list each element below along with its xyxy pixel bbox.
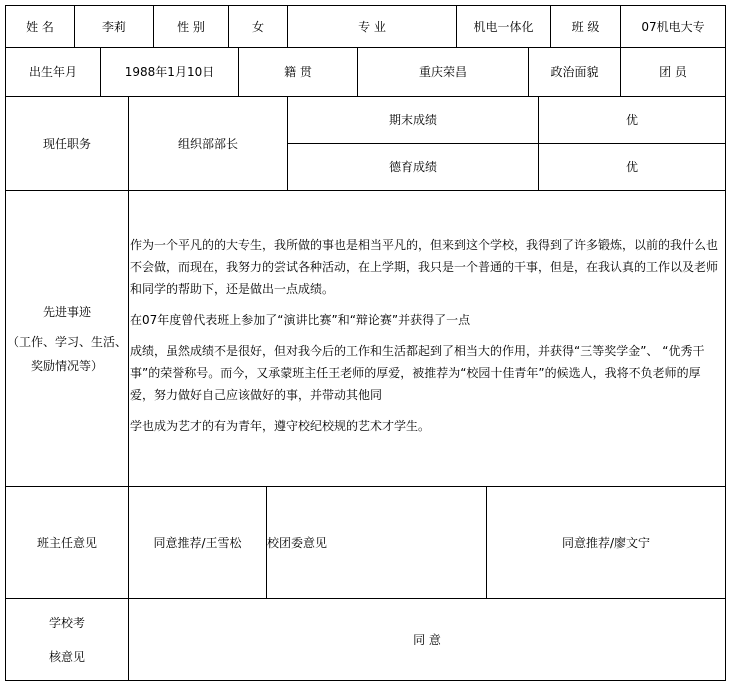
col-divider <box>128 190 129 486</box>
final-grade-value: 优 <box>539 97 725 143</box>
school-review-label-line2: 核意见 <box>49 649 85 665</box>
position-value: 组织部部长 <box>129 97 287 190</box>
table-border-bottom <box>5 680 726 681</box>
deeds-label: 先进事迹 （工作、学习、生活、 奖励情况等） <box>6 191 128 486</box>
league-committee-opinion-value: 同意推荐/廖文宁 <box>487 487 725 598</box>
school-review-label: 学校考 核意见 <box>6 599 128 680</box>
class-label: 班 级 <box>551 6 620 47</box>
final-grade-label: 期末成绩 <box>288 97 538 143</box>
school-review-label-line1: 学校考 <box>49 615 85 631</box>
position-label: 现任职务 <box>6 97 128 190</box>
name-label: 姓 名 <box>6 6 74 47</box>
major-label: 专 业 <box>288 6 456 47</box>
deeds-paragraph: 学也成为艺才的有为青年，遵守校纪校规的艺术才学生。 <box>130 415 722 437</box>
moral-grade-label: 德育成绩 <box>288 144 538 190</box>
moral-grade-value: 优 <box>539 144 725 190</box>
school-review-value: 同 意 <box>129 599 725 680</box>
table-border-right <box>725 5 726 681</box>
gender-value: 女 <box>229 6 287 47</box>
deeds-paragraph: 成绩，虽然成绩不是很好，但对我今后的工作和生活都起到了相当大的作用，并获得“三等… <box>130 340 722 406</box>
head-teacher-opinion-value: 同意推荐/王雪松 <box>129 487 266 598</box>
deeds-label-subtitle-2: 奖励情况等） <box>31 358 103 374</box>
name-value: 李莉 <box>75 6 153 47</box>
head-teacher-opinion-label: 班主任意见 <box>6 487 128 598</box>
deeds-label-subtitle: （工作、学习、生活、 <box>7 334 127 350</box>
gender-label: 性 别 <box>154 6 228 47</box>
political-status-label: 政治面貌 <box>529 48 620 96</box>
deeds-label-title: 先进事迹 <box>43 304 91 320</box>
deeds-paragraph: 在07年度曾代表班上参加了“演讲比赛”和“辩论赛”并获得了一点 <box>130 309 722 331</box>
major-value: 机电一体化 <box>457 6 550 47</box>
deeds-paragraph: 作为一个平凡的的大专生，我所做的事也是相当平凡的，但来到这个学校，我得到了许多锻… <box>130 234 722 300</box>
birth-label: 出生年月 <box>6 48 100 96</box>
league-committee-opinion-label: 校团委意见 <box>267 487 486 598</box>
native-place-value: 重庆荣昌 <box>358 48 528 96</box>
birth-value: 1988年1月10日 <box>101 48 238 96</box>
native-place-label: 籍 贯 <box>239 48 357 96</box>
political-status-value: 团 员 <box>621 48 725 96</box>
class-value: 07机电大专 <box>621 6 725 47</box>
deeds-text: 作为一个平凡的的大专生，我所做的事也是相当平凡的，但来到这个学校，我得到了许多锻… <box>130 234 722 446</box>
